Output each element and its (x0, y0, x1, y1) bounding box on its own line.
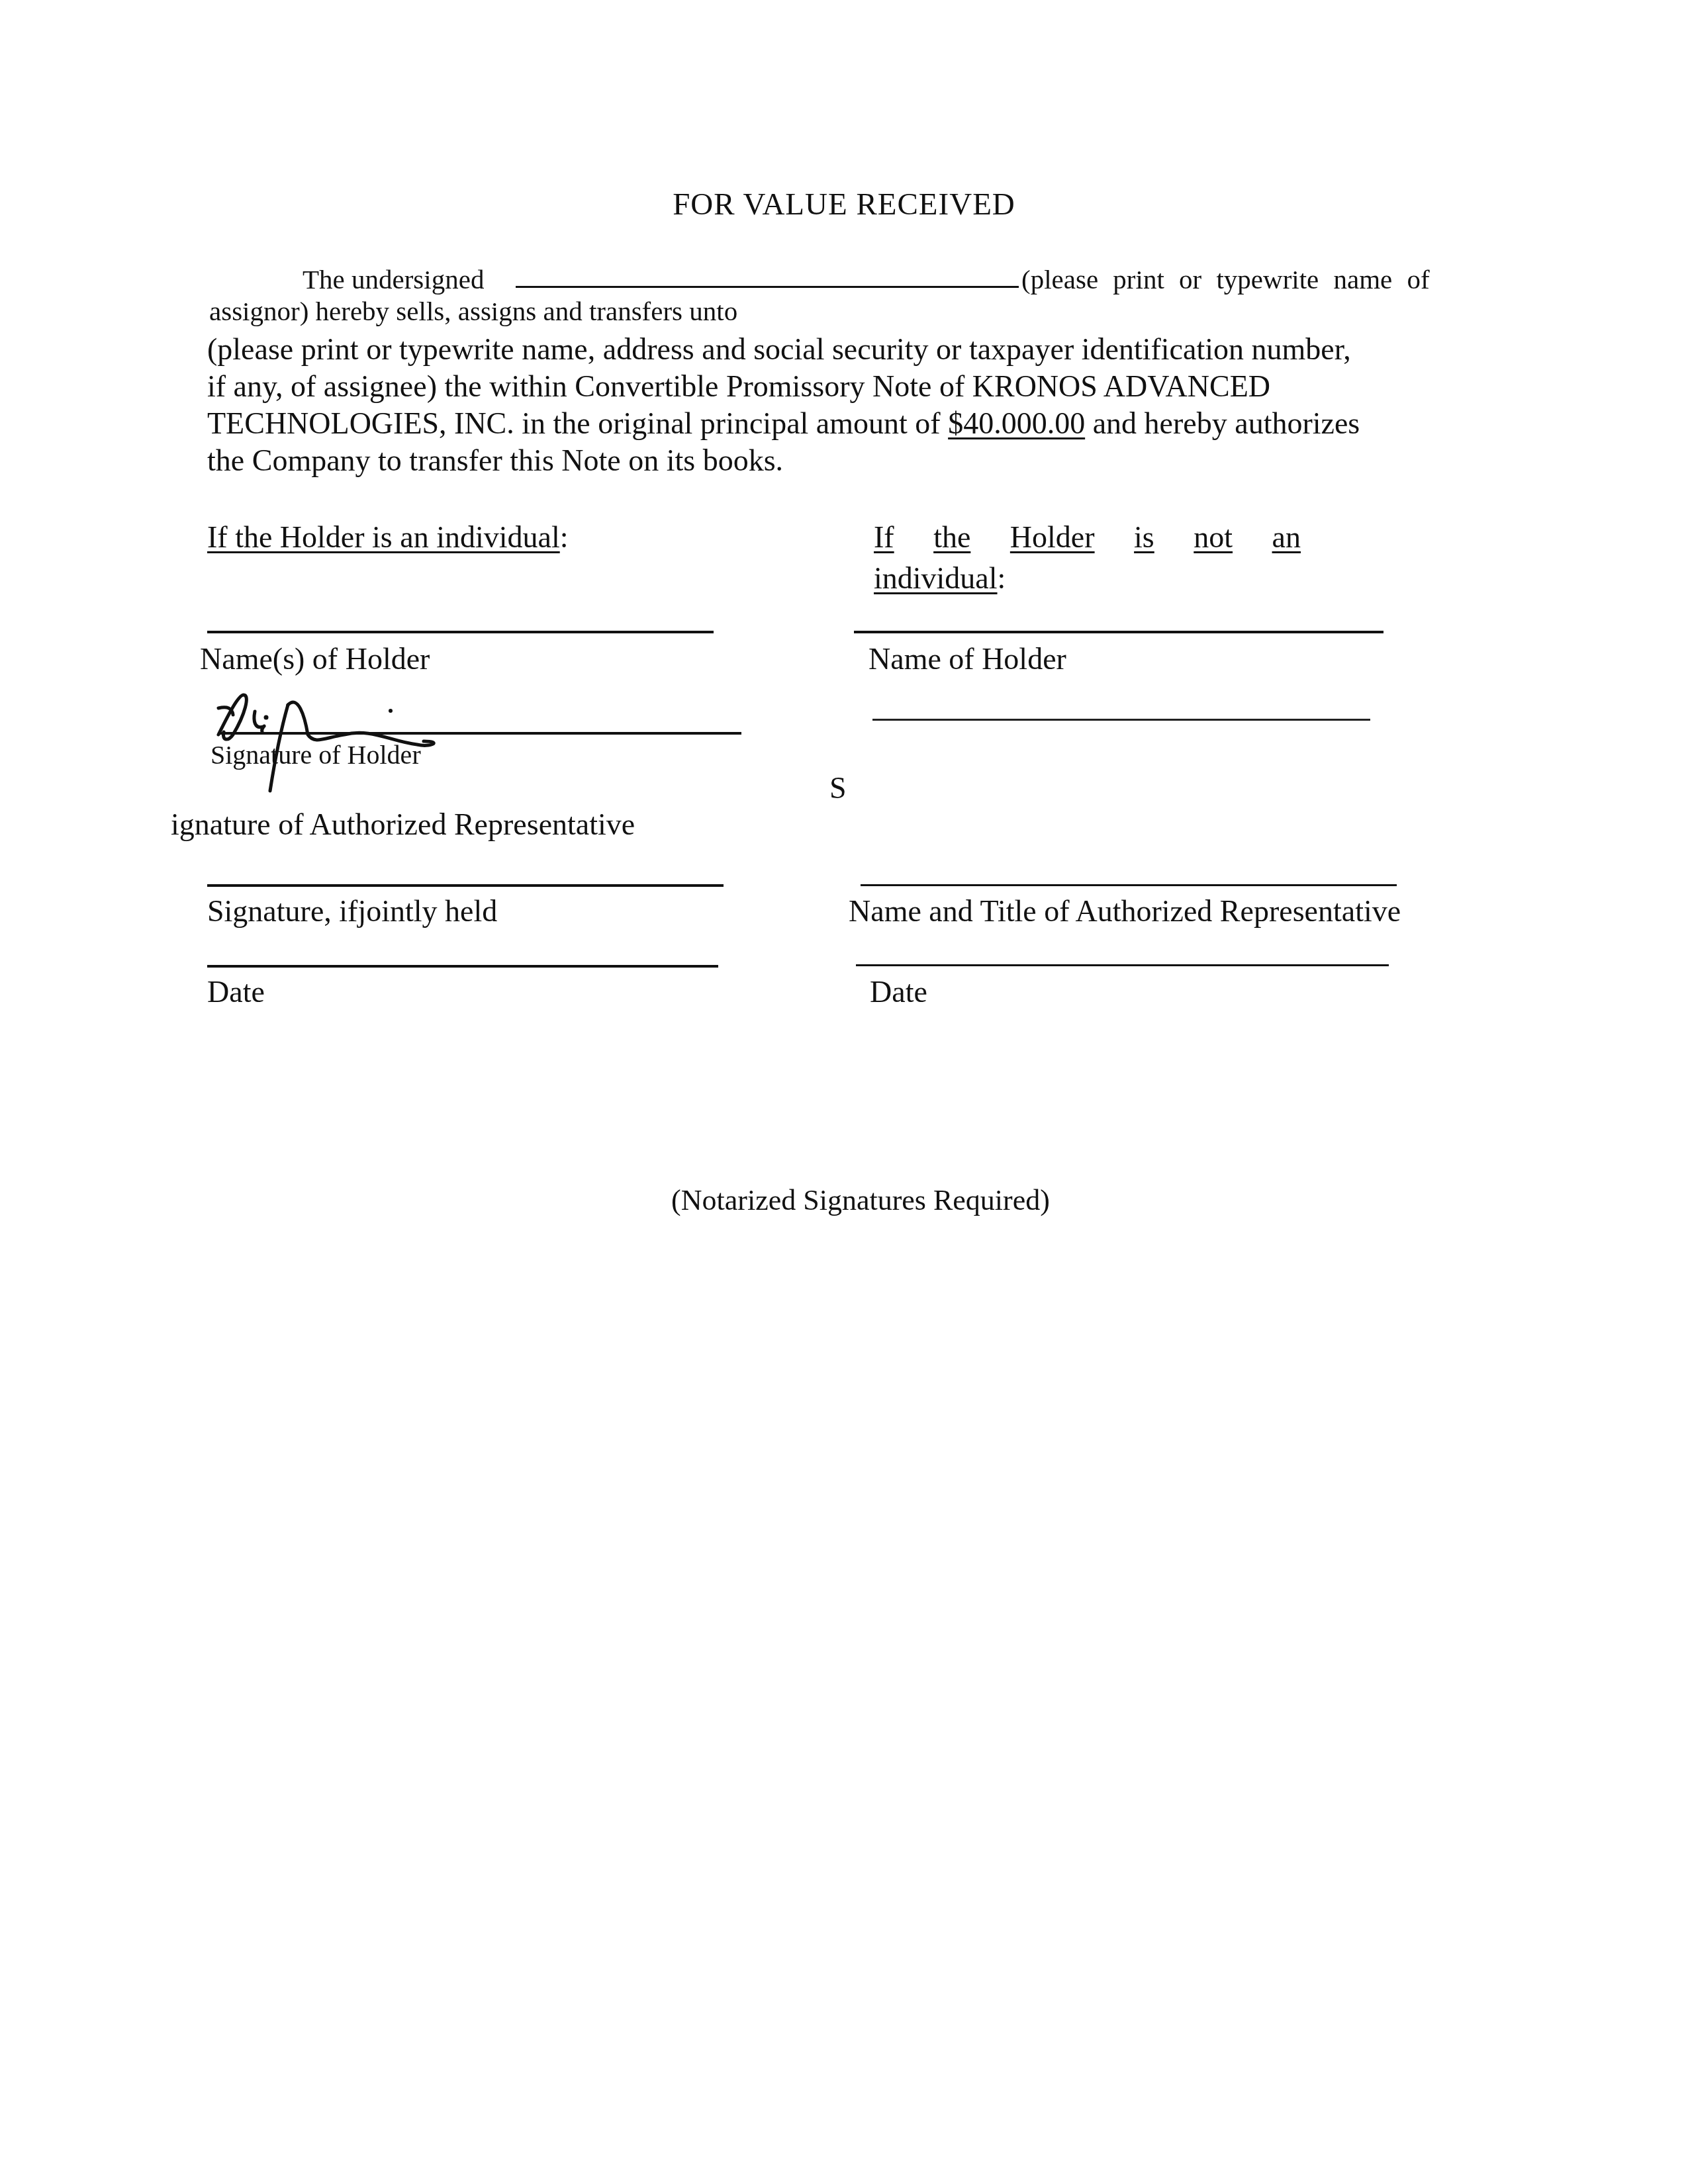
heading-word: is (1134, 519, 1154, 556)
assignment-line2: assignor) hereby sells, assigns and tran… (209, 295, 737, 327)
notarization-note: (Notarized Signatures Required) (0, 1183, 1688, 1217)
authorized-rep-signature-label: ignature of Authorized Representative (171, 806, 635, 843)
entity-name-title-field[interactable] (861, 884, 1397, 886)
heading-word: If (874, 519, 894, 556)
assignment-line3: (please print or typewrite name, address… (207, 331, 1351, 368)
heading-word: not (1194, 519, 1233, 556)
entity-heading-text: individual (874, 561, 998, 595)
document-title: FOR VALUE RECEIVED (0, 187, 1688, 222)
heading-word: an (1272, 519, 1301, 556)
assignment-line5: TECHNOLOGIES, INC. in the original princ… (207, 405, 1360, 442)
entity-heading-colon: : (998, 561, 1006, 595)
entity-signature-field[interactable] (872, 719, 1370, 721)
holder-names-label: Name(s) of Holder (200, 641, 430, 678)
individual-date-field[interactable] (207, 965, 718, 968)
joint-signature-label: Signature, ifjointly held (207, 893, 497, 930)
principal-amount: $40.000.00 (948, 406, 1085, 440)
assignment-line5-prefix: TECHNOLOGIES, INC. in the original princ… (207, 406, 941, 440)
signature-of-holder-label: Signature of Holder (211, 739, 421, 770)
assignor-name-field[interactable] (516, 286, 1019, 288)
entity-heading-line2: individual: (874, 560, 1006, 597)
joint-signature-field[interactable] (207, 884, 724, 887)
individual-heading: If the Holder is an individual: (207, 519, 569, 556)
heading-word: Holder (1010, 519, 1095, 556)
individual-date-label: Date (207, 974, 265, 1011)
assignment-line1-suffix: (please print or typewrite name of (1021, 263, 1466, 295)
stray-letter: S (829, 770, 847, 807)
holder-names-field[interactable] (207, 631, 714, 633)
entity-holder-name-label: Name of Holder (868, 641, 1066, 678)
assignment-line4: if any, of assignee) the within Converti… (207, 368, 1270, 405)
individual-heading-text: If the Holder is an individual (207, 520, 560, 554)
entity-holder-name-field[interactable] (854, 631, 1383, 633)
assignment-line1-prefix: The undersigned (303, 263, 484, 295)
assignment-line5-suffix: and hereby authorizes (1093, 406, 1360, 440)
entity-date-label: Date (870, 974, 927, 1011)
individual-heading-colon: : (560, 520, 569, 554)
assignment-line6: the Company to transfer this Note on its… (207, 442, 783, 479)
entity-name-title-label: Name and Title of Authorized Representat… (849, 893, 1401, 930)
heading-word: the (933, 519, 970, 556)
entity-heading-line1: If the Holder is not an (874, 519, 1301, 556)
entity-date-field[interactable] (856, 964, 1389, 966)
